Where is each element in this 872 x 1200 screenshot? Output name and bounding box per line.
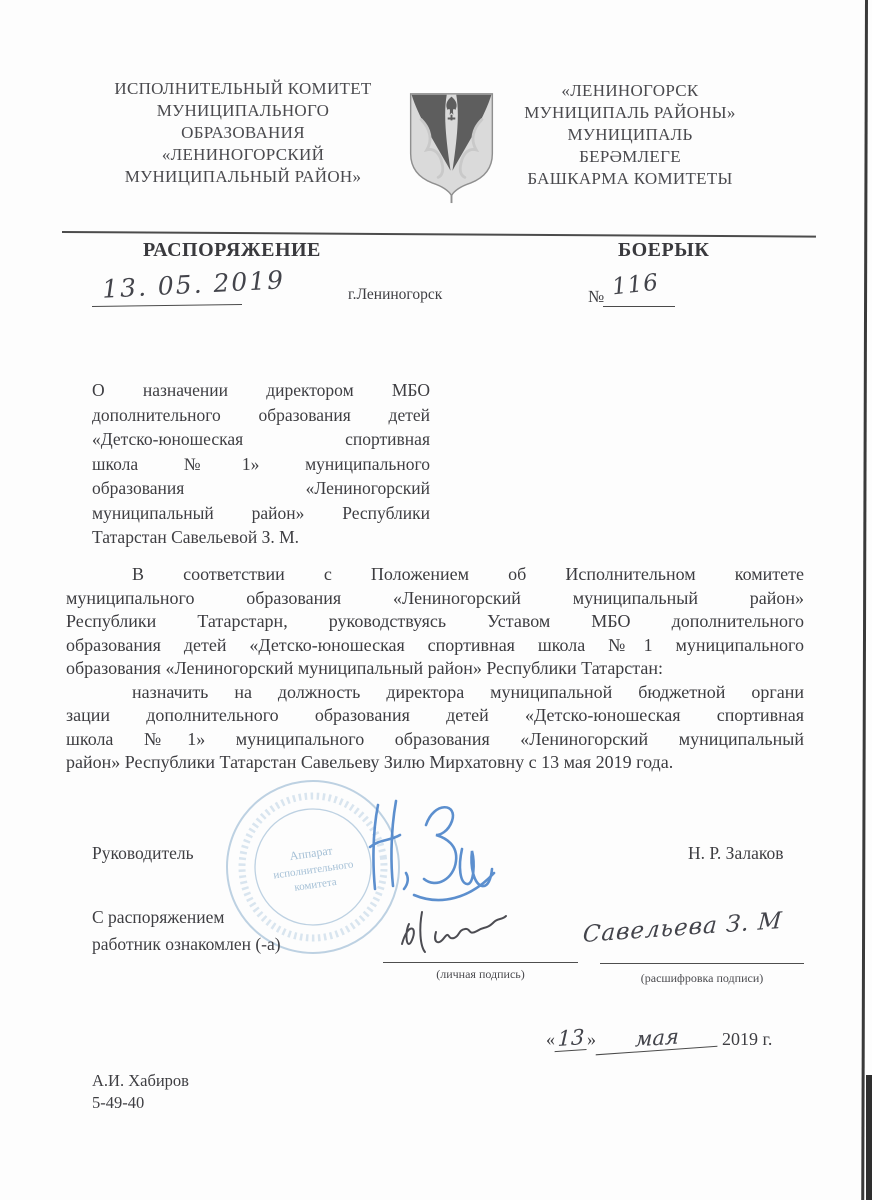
- open-quote: «: [546, 1029, 555, 1049]
- body-line: школа №1» муниципального образования «Ле…: [66, 728, 804, 752]
- doc-type-tatar: БОЕРЫК: [618, 239, 709, 262]
- body-line: образования детей «Детско-юношеская спор…: [66, 634, 804, 658]
- subject-block: О назначении директором МБО дополнительн…: [92, 378, 430, 550]
- footer-year: 2019 г.: [722, 1029, 772, 1049]
- handwritten-day: 13: [555, 1025, 588, 1052]
- issuer-line: ИСПОЛНИТЕЛЬНЫЙ КОМИТЕТ: [90, 78, 396, 100]
- scan-edge-artifact: [861, 0, 868, 1200]
- close-quote: »: [587, 1029, 596, 1049]
- handwritten-date: 13. 05. 2019: [101, 265, 285, 304]
- issuer-line: МУНИЦИПАЛЬ РАЙОНЫ»: [505, 102, 755, 124]
- issuer-line: ОБРАЗОВАНИЯ: [90, 122, 396, 144]
- transcript-signature-caption: (расшифровка подписи): [600, 971, 804, 986]
- issuer-line: МУНИЦИПАЛЬНОГО: [90, 100, 396, 122]
- body-line: Республики Татарстарн, руководствуясь Ус…: [66, 610, 804, 634]
- leader-signature: [348, 791, 503, 911]
- handwritten-month: мая: [596, 1022, 719, 1056]
- subject-line: дополнительного образования детей: [92, 403, 430, 428]
- number-underline: [603, 306, 675, 307]
- issuer-line: «ЛЕНИНОГОРСК: [505, 80, 755, 102]
- number-sign: №: [588, 287, 604, 307]
- transcript-signature-line: [600, 908, 804, 964]
- stamp-text-line: Аппарат: [289, 843, 334, 863]
- acknowledgment-line: работник ознакомлен (-а): [92, 931, 281, 958]
- executor-phone: 5-49-40: [92, 1092, 189, 1114]
- issuer-line: МУНИЦИПАЛЬ: [505, 124, 755, 146]
- scan-edge-artifact: [866, 1075, 872, 1200]
- issuer-name-russian: ИСПОЛНИТЕЛЬНЫЙ КОМИТЕТ МУНИЦИПАЛЬНОГО ОБ…: [90, 78, 396, 188]
- stamp-text-line: комитета: [294, 876, 338, 894]
- coat-of-arms: [404, 88, 499, 206]
- issuer-line: МУНИЦИПАЛЬНЫЙ РАЙОН»: [90, 166, 396, 188]
- body-line: назначить на должность директора муницип…: [66, 681, 804, 705]
- subject-line: образования «Лениногорский: [92, 476, 430, 501]
- leader-name: Н. Р. Залаков: [688, 843, 784, 864]
- subject-line: муниципальный район» Республики: [92, 501, 430, 526]
- issuer-line: БЕРӘМЛЕГЕ: [505, 146, 755, 168]
- acknowledgment-text: С распоряжением работник ознакомлен (-а): [92, 904, 281, 958]
- body-line: муниципального образования «Лениногорски…: [66, 587, 804, 611]
- executor-block: А.И. Хабиров 5-49-40: [92, 1070, 189, 1114]
- subject-line: школа №1» муниципального: [92, 452, 430, 477]
- doc-type-russian: РАСПОРЯЖЕНИЕ: [143, 239, 321, 262]
- leader-label: Руководитель: [92, 843, 194, 864]
- city-label: г.Лениногорск: [348, 286, 442, 304]
- subject-line: «Детско-юношеская спортивная: [92, 427, 430, 452]
- body-line: зации дополнительного образования детей …: [66, 704, 804, 728]
- executor-name: А.И. Хабиров: [92, 1070, 189, 1092]
- subject-line: Татарстан Савельевой З. М.: [92, 525, 430, 550]
- acknowledgment-line: С распоряжением: [92, 904, 281, 931]
- issuer-name-tatar: «ЛЕНИНОГОРСК МУНИЦИПАЛЬ РАЙОНЫ» МУНИЦИПА…: [505, 80, 755, 190]
- body-line: район» Республики Татарстан Савельеву Зи…: [66, 751, 804, 775]
- body-text: В соответствии с Положением об Исполните…: [66, 563, 804, 775]
- document-page: ИСПОЛНИТЕЛЬНЫЙ КОМИТЕТ МУНИЦИПАЛЬНОГО ОБ…: [0, 0, 872, 1200]
- body-line: В соответствии с Положением об Исполните…: [66, 563, 804, 587]
- subject-line: О назначении директором МБО: [92, 378, 430, 403]
- handwritten-number: 116: [611, 270, 660, 301]
- footer-date-row: «13»мая2019 г.: [546, 1026, 772, 1051]
- date-underline: [92, 304, 242, 307]
- personal-signature-caption: (личная подпись): [383, 967, 578, 982]
- body-line: образования «Лениногорский муниципальный…: [66, 657, 804, 681]
- issuer-line: «ЛЕНИНОГОРСКИЙ: [90, 144, 396, 166]
- issuer-line: БАШКАРМА КОМИТЕТЫ: [505, 168, 755, 190]
- personal-signature-line: [383, 908, 578, 963]
- header-divider-line: [62, 231, 816, 238]
